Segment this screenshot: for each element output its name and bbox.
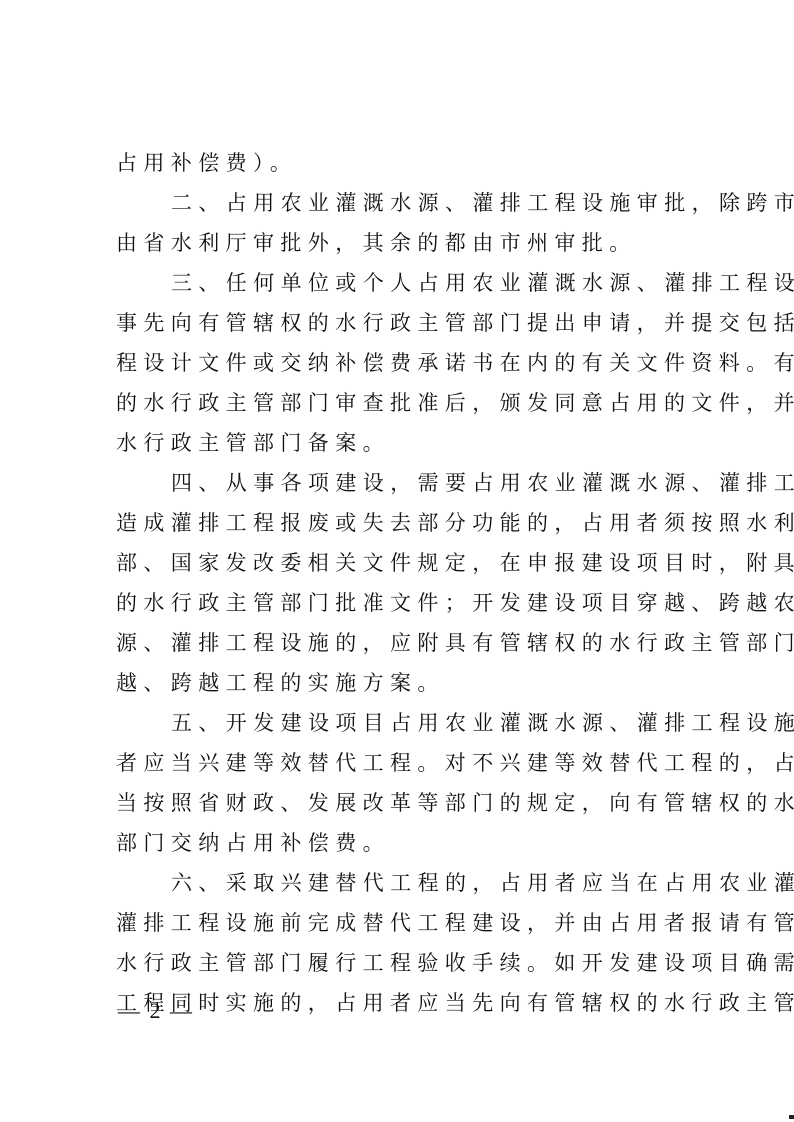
- text-line: 部、国家发改委相关文件规定，在申报建设项目时，附具有管辖权: [116, 543, 692, 583]
- paragraph-3: 三、任何单位或个人占用农业灌溉水源、灌排工程设施，必须 事先向有管辖权的水行政主…: [116, 263, 692, 463]
- text-line: 水行政主管部门履行工程验收手续。如开发建设项目确需与替代: [116, 943, 692, 983]
- text-line: 事先向有管辖权的水行政主管部门提出申请，并提交包括替代工: [116, 303, 692, 343]
- text-line: 二、占用农业灌溉水源、灌排工程设施审批，除跨市州的事项: [116, 183, 692, 223]
- text-line: 工程同时实施的，占用者应当先向有管辖权的水行政主管部门交: [116, 983, 692, 1023]
- text-line: 的水行政主管部门批准文件；开发建设项目穿越、跨越农业灌溉水: [116, 583, 692, 623]
- text-line: 越、跨越工程的实施方案。: [116, 663, 692, 703]
- text-line: 源、灌排工程设施的，应附具有管辖权的水行政主管部门批准的穿: [116, 623, 692, 663]
- text-line: 五、开发建设项目占用农业灌溉水源、灌排工程设施的，占用: [116, 703, 692, 743]
- text-line: 六、采取兴建替代工程的，占用者应当在占用农业灌溉水源、: [116, 863, 692, 903]
- scan-mark: [789, 1115, 794, 1119]
- text-line: 占用补偿费）。: [116, 143, 692, 183]
- paragraph-5: 五、开发建设项目占用农业灌溉水源、灌排工程设施的，占用 者应当兴建等效替代工程。…: [116, 703, 692, 863]
- text-line: 灌排工程设施前完成替代工程建设，并由占用者报请有管辖权的: [116, 903, 692, 943]
- text-line: 当按照省财政、发展改革等部门的规定，向有管辖权的水行政主管: [116, 783, 692, 823]
- text-line: 部门交纳占用补偿费。: [116, 823, 692, 863]
- text-line: 四、从事各项建设，需要占用农业灌溉水源、灌排工程设施及: [116, 463, 692, 503]
- text-line: 者应当兴建等效替代工程。对不兴建等效替代工程的，占用者应: [116, 743, 692, 783]
- page-number: — 2 —: [118, 998, 194, 1024]
- text-line: 由省水利厅审批外，其余的都由市州审批。: [116, 223, 692, 263]
- text-line: 三、任何单位或个人占用农业灌溉水源、灌排工程设施，必须: [116, 263, 692, 303]
- document-body: 占用补偿费）。 二、占用农业灌溉水源、灌排工程设施审批，除跨市州的事项 由省水利…: [116, 143, 692, 1023]
- paragraph-6: 六、采取兴建替代工程的，占用者应当在占用农业灌溉水源、 灌排工程设施前完成替代工…: [116, 863, 692, 1023]
- text-line: 造成灌排工程报废或失去部分功能的，占用者须按照水利部、财政: [116, 503, 692, 543]
- text-line: 的水行政主管部门审查批准后，颁发同意占用的文件，并报上一级: [116, 383, 692, 423]
- paragraph-2: 二、占用农业灌溉水源、灌排工程设施审批，除跨市州的事项 由省水利厅审批外，其余的…: [116, 183, 692, 263]
- paragraph-4: 四、从事各项建设，需要占用农业灌溉水源、灌排工程设施及 造成灌排工程报废或失去部…: [116, 463, 692, 703]
- text-line: 水行政主管部门备案。: [116, 423, 692, 463]
- text-line: 程设计文件或交纳补偿费承诺书在内的有关文件资料。有管辖权: [116, 343, 692, 383]
- paragraph-1: 占用补偿费）。: [116, 143, 692, 183]
